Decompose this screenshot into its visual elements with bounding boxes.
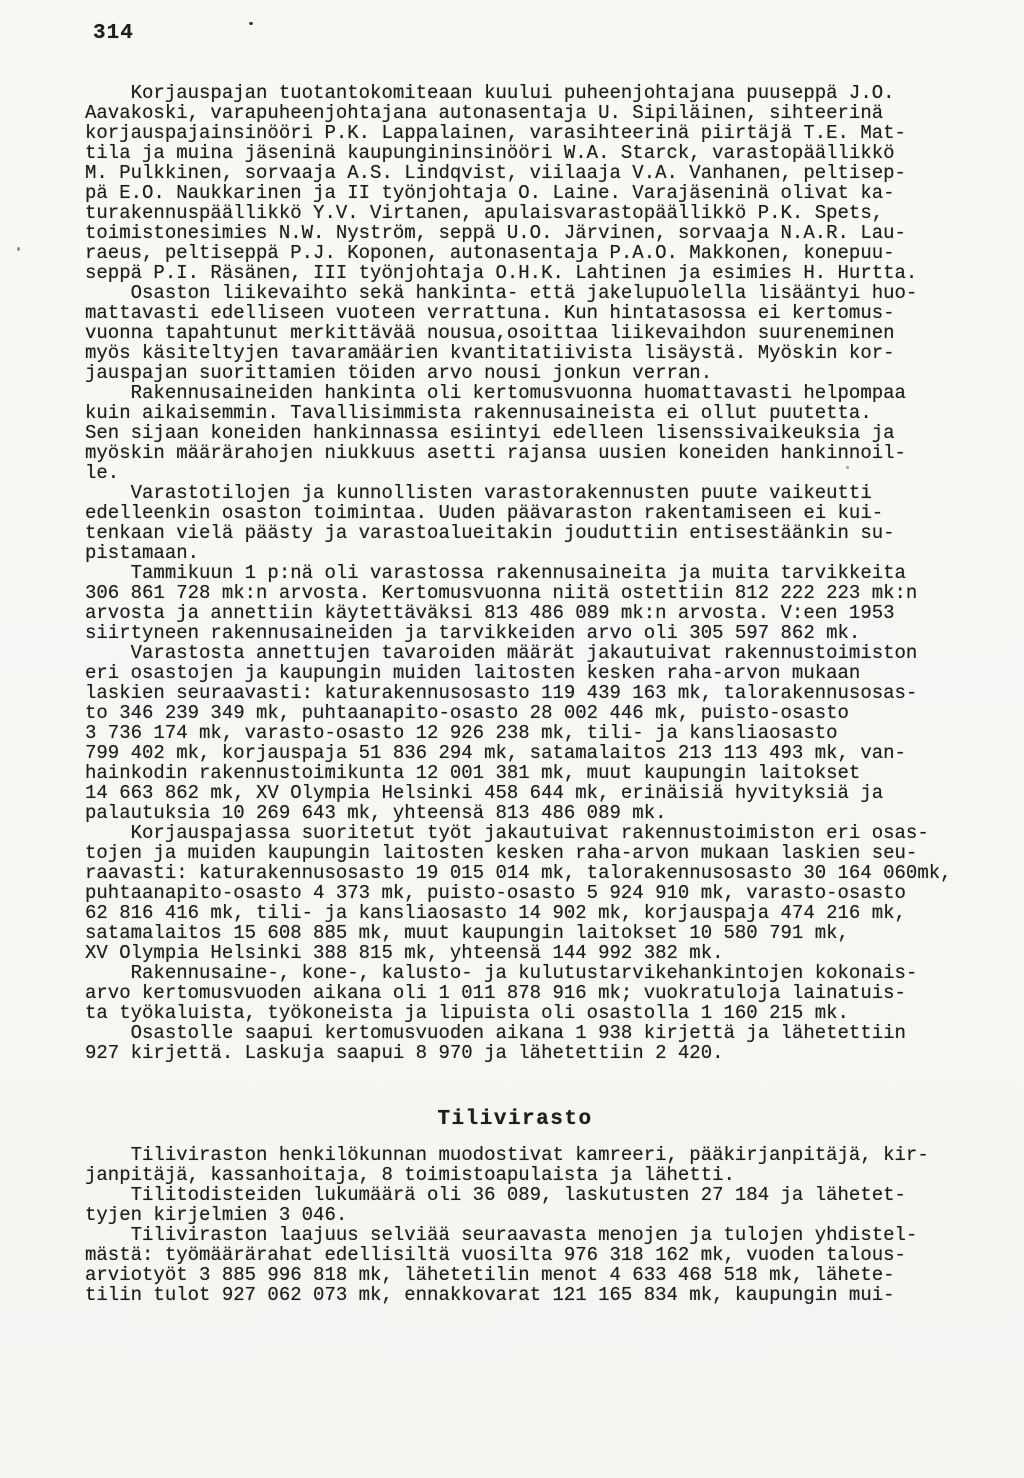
paragraph-correspondence-counts: Osastolle saapui kertomusvuoden aikana 1… (85, 1023, 945, 1063)
report-body: Korjauspajan tuotantokomiteaan kuului pu… (85, 83, 945, 1305)
paragraph-warehouse-distribution: Varastosta annettujen tavaroiden määrät … (85, 643, 945, 823)
scanned-report-page: 314 Korjauspajan tuotantokomiteaan kuulu… (0, 0, 1024, 1478)
paragraph-accounting-staff: Tiliviraston henkilökunnan muodostivat k… (85, 1145, 945, 1185)
paragraph-storage-shortage: Varastotilojen ja kunnollisten varastora… (85, 483, 945, 563)
page-number: 314 (93, 22, 134, 46)
paragraph-repair-shop-works: Korjauspajassa suoritetut työt jakautuiv… (85, 823, 945, 963)
section-heading-tilivirasto: Tilivirasto (85, 1107, 945, 1133)
paragraph-total-procurement-value: Rakennusaine-, kone-, kalusto- ja kulutu… (85, 963, 945, 1023)
paragraph-inventory-values: Tammikuun 1 p:nä oli varastossa rakennus… (85, 563, 945, 643)
paragraph-income-expense-summary: Tiliviraston laajuus selviää seuraavasta… (85, 1225, 945, 1305)
scan-speck (249, 22, 253, 25)
scan-speck (17, 247, 20, 251)
paragraph-turnover-growth: Osaston liikevaihto sekä hankinta- että … (85, 283, 945, 383)
paragraph-materials-procurement: Rakennusaineiden hankinta oli kertomusvu… (85, 383, 945, 483)
paragraph-accounting-documents: Tilitodisteiden lukumäärä oli 36 089, la… (85, 1185, 945, 1225)
paragraph-production-committee: Korjauspajan tuotantokomiteaan kuului pu… (85, 83, 945, 283)
